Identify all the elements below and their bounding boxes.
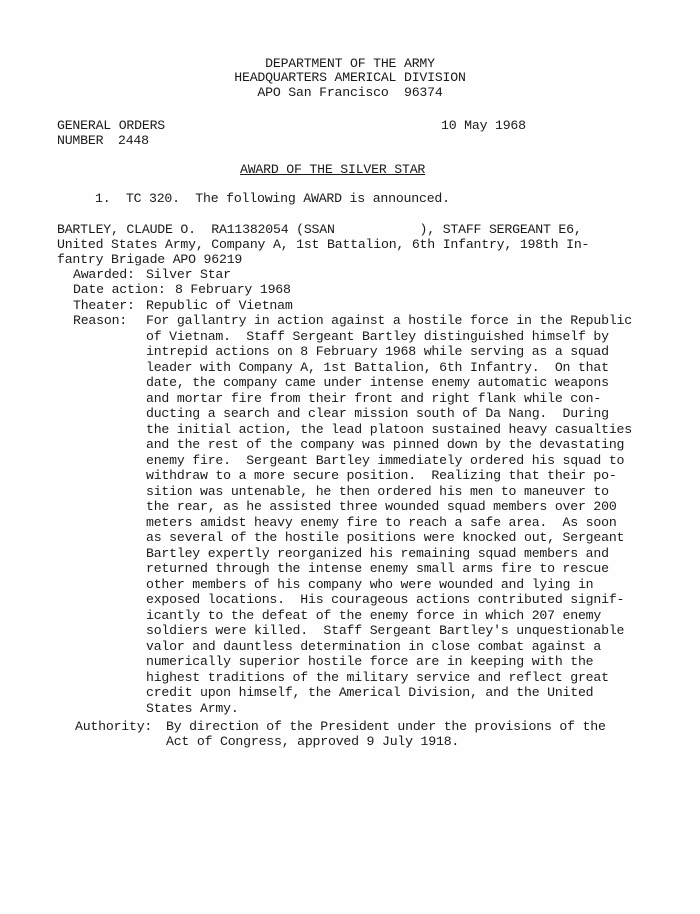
reason-line: enemy fire. Sergeant Bartley immediately… (146, 453, 624, 468)
reason-line: Bartley expertly reorganized his remaini… (146, 546, 609, 561)
reason-line: and the rest of the company was pinned d… (146, 437, 624, 452)
reason-line: other members of his company who were wo… (146, 577, 593, 592)
reason-line: soldiers were killed. Staff Sergeant Bar… (146, 623, 624, 638)
authority-line-2: Act of Congress, approved 9 July 1918. (166, 734, 459, 749)
theater-value: Republic of Vietnam (146, 298, 293, 313)
document-page: DEPARTMENT OF THE ARMY HEADQUARTERS AMER… (0, 0, 700, 914)
reason-line: the rear, as he assisted three wounded s… (146, 499, 617, 514)
awarded-label: Awarded: (73, 267, 135, 282)
reason-line: intrepid actions on 8 February 1968 whil… (146, 344, 609, 359)
document-title: AWARD OF THE SILVER STAR (240, 162, 425, 177)
reason-line: meters amidst heavy enemy fire to reach … (146, 515, 617, 530)
order-date: 10 May 1968 (441, 118, 526, 133)
number-label: NUMBER (57, 133, 103, 148)
reason-line: withdraw to a more secure position. Real… (146, 468, 617, 483)
date-action-value: 8 February 1968 (175, 282, 291, 297)
reason-line: exposed locations. His courageous action… (146, 592, 624, 607)
authority-line-1: By direction of the President under the … (166, 719, 606, 734)
recipient-line-2: United States Army, Company A, 1st Batta… (57, 237, 589, 252)
reason-line: of Vietnam. Staff Sergeant Bartley disti… (146, 329, 609, 344)
reason-line: States Army. (146, 701, 239, 716)
header-headquarters: HEADQUARTERS AMERICAL DIVISION (0, 70, 700, 85)
recipient-line-1: BARTLEY, CLAUDE O. RA11382054 (SSAN ), S… (57, 222, 582, 237)
reason-line: ducting a search and clear mission south… (146, 406, 609, 421)
reason-line: the initial action, the lead platoon sus… (146, 422, 632, 437)
announcement: 1. TC 320. The following AWARD is announ… (95, 191, 450, 206)
reason-line: icantly to the defeat of the enemy force… (146, 608, 601, 623)
header-apo: APO San Francisco 96374 (0, 85, 700, 100)
date-action-label: Date action: (73, 282, 166, 297)
reason-line: date, the company came under intense ene… (146, 375, 609, 390)
reason-line: highest traditions of the military servi… (146, 670, 609, 685)
reason-line: credit upon himself, the Americal Divisi… (146, 685, 593, 700)
reason-line: as several of the hostile positions were… (146, 530, 624, 545)
reason-line: For gallantry in action against a hostil… (146, 313, 632, 328)
reason-line: and mortar fire from their front and rig… (146, 391, 601, 406)
reason-line: returned through the intense enemy small… (146, 561, 609, 576)
order-number: 2448 (118, 133, 149, 148)
reason-label: Reason: (73, 313, 127, 328)
awarded-value: Silver Star (146, 267, 231, 282)
header-department: DEPARTMENT OF THE ARMY (0, 56, 700, 71)
theater-label: Theater: (73, 298, 135, 313)
reason-line: numerically superior hostile force are i… (146, 654, 593, 669)
reason-line: leader with Company A, 1st Battalion, 6t… (146, 360, 609, 375)
authority-label: Authority: (75, 719, 152, 734)
general-orders-label: GENERAL ORDERS (57, 118, 165, 133)
reason-line: sition was untenable, he then ordered hi… (146, 484, 609, 499)
reason-line: valor and dauntless determination in clo… (146, 639, 601, 654)
recipient-line-3: fantry Brigade APO 96219 (57, 252, 242, 267)
